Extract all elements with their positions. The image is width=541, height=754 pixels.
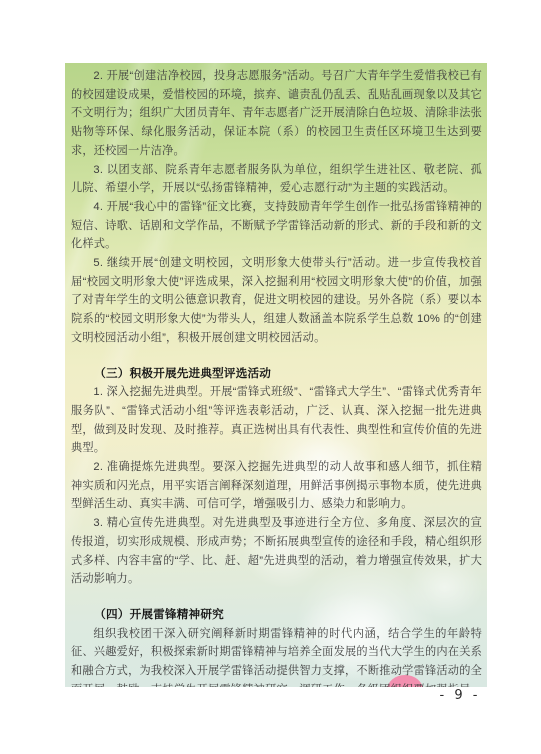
document-page: 2. 开展“创建洁净校园，投身志愿服务”活动。号召广大青年学生爱惜我校已有的校园… (65, 63, 487, 687)
paragraph: 2. 准确提炼先进典型。要深入挖掘先进典型的动人故事和感人细节，抓住精神实质和闪… (71, 458, 482, 514)
paragraph: 4. 开展“我心中的雷锋”征文比赛，支持鼓励青年学生创作一批弘扬雷锋精神的短信、… (71, 198, 482, 254)
paragraph: 组织我校团干深入研究阐释新时期雷锋精神的时代内涵，结合学生的年龄特征、兴趣爱好，… (71, 625, 482, 687)
paragraph: 5. 继续开展“创建文明校园，文明形象大使带头行”活动。进一步宣传我校首届“校园… (71, 254, 482, 348)
paragraph: 2. 开展“创建洁净校园，投身志愿服务”活动。号召广大青年学生爱惜我校已有的校园… (71, 67, 482, 161)
section-heading: （四）开展雷锋精神研究 (71, 606, 482, 625)
page-number: - 9 - (428, 688, 492, 703)
paragraph: 1. 深入挖掘先进典型。开展“雷锋式班级”、“雷锋式大学生”、“雷锋式优秀青年服… (71, 383, 482, 458)
section-heading: （三）积极开展先进典型评选活动 (71, 365, 482, 384)
document-body: 2. 开展“创建洁净校园，投身志愿服务”活动。号召广大青年学生爱惜我校已有的校园… (65, 63, 487, 687)
paragraph: 3. 以团支部、院系青年志愿者服务队为单位，组织学生进社区、敬老院、孤儿院、希望… (71, 161, 482, 198)
paragraph: 3. 精心宣传先进典型。对先进典型及事迹进行全方位、多角度、深层次的宣传报道，切… (71, 514, 482, 589)
